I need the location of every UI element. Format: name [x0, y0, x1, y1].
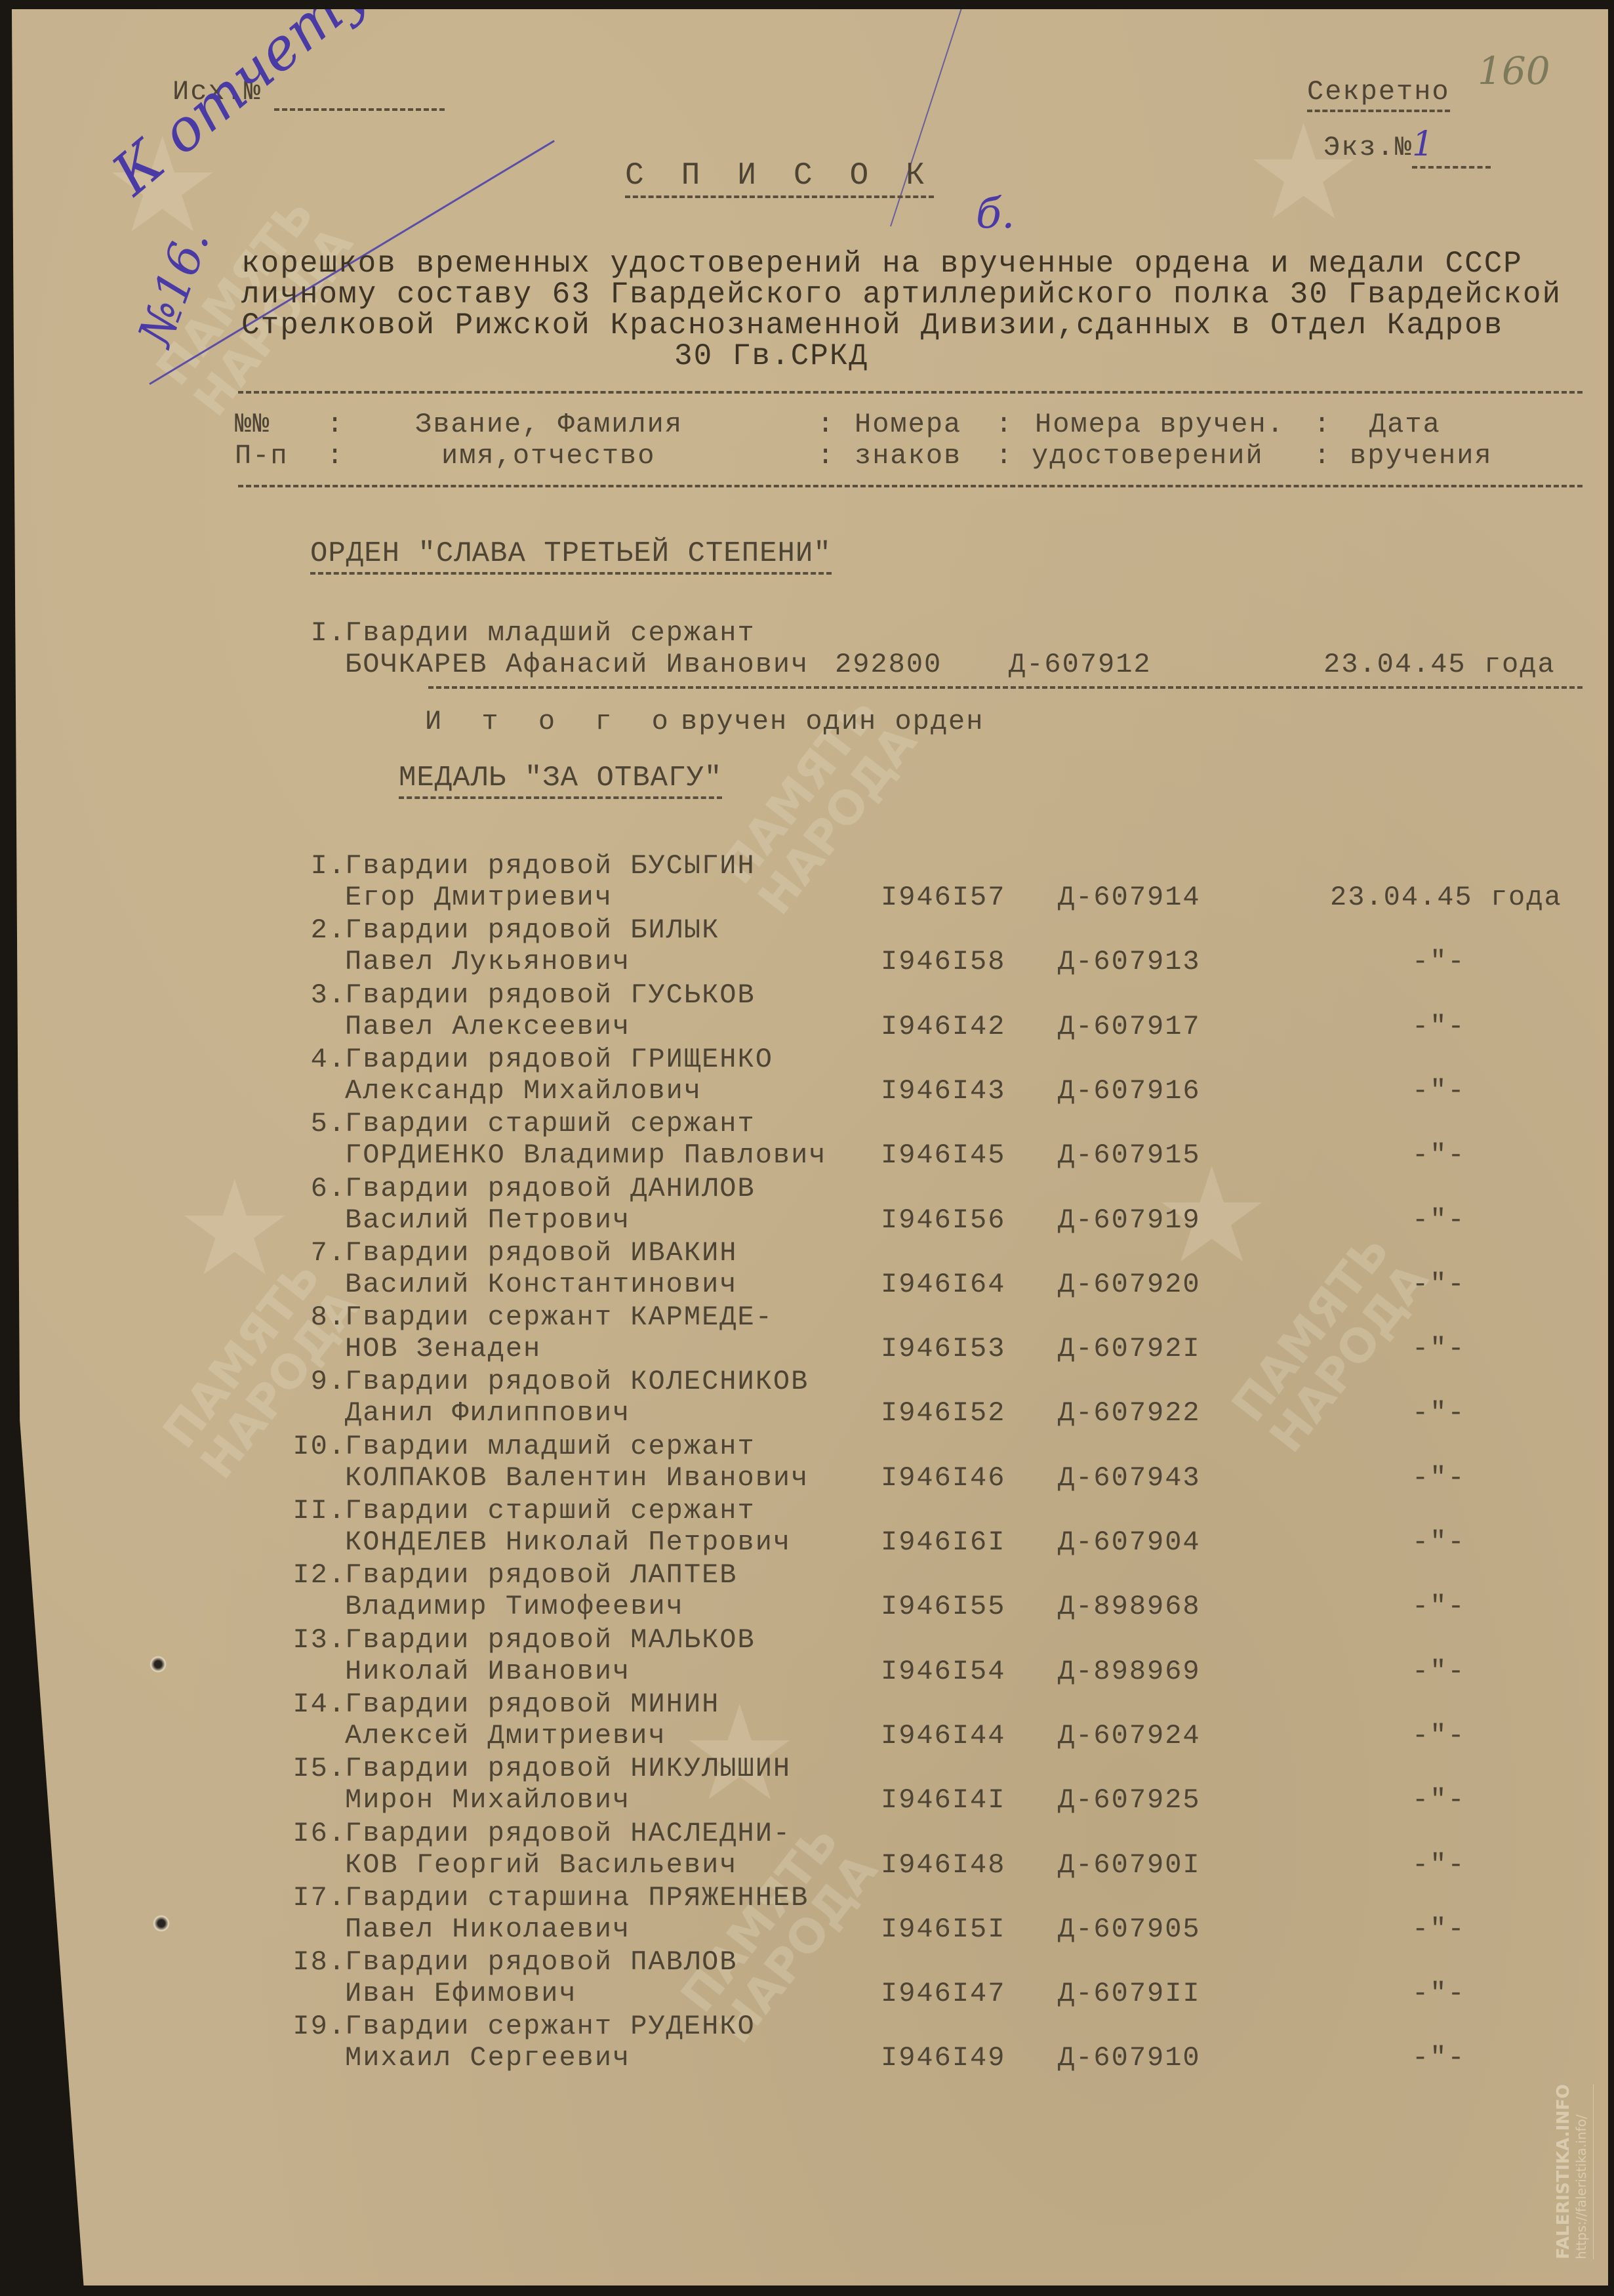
entry-name: КОНДЕЛЕВ Николай Петрович [345, 1528, 791, 1556]
header-col-rank-name: Звание, Фамилия [415, 411, 683, 438]
list-item: I6.Гвардии рядовой НАСЛЕДНИ-КОВ Георгий … [12, 1820, 1614, 1884]
entry-name: Владимир Тимофеевич [345, 1593, 684, 1620]
header-col-number: №№ [235, 411, 270, 438]
entry-cert-number: Д-607913 [1058, 948, 1201, 975]
entry-name: Иван Ефимович [345, 1980, 577, 2007]
subtitle-line: 30 Гв.СРКД [674, 341, 868, 371]
entry-name: Мирон Михайлович [345, 1786, 630, 1814]
divider [238, 485, 1583, 487]
entry-rank: Гвардии рядовой КОЛЕСНИКОВ [345, 1368, 809, 1395]
entry-sign-number: I946I48 [881, 1851, 1005, 1879]
entry-cert-number: Д-607910 [1058, 2044, 1201, 2072]
entry-number: I0. [274, 1433, 346, 1460]
entry-name: Василий Петрович [345, 1206, 630, 1234]
entry-date: -"- [1412, 1399, 1466, 1427]
list-item: I5.Гвардии рядовой НИКУЛЫШИНМирон Михайл… [12, 1755, 1614, 1819]
entry-rank: Гвардии рядовой ГРИЩЕНКО [345, 1046, 773, 1073]
header-col-cert-number: удостоверений [1032, 442, 1264, 470]
subtitle-line: корешков временных удостоверений на вруч… [241, 249, 1523, 279]
list-item: 3.Гвардии рядовой ГУСЬКОВПавел Алексееви… [12, 981, 1614, 1046]
entry-date: -"- [1412, 1528, 1466, 1556]
entry-date: 23.04.45 года [1323, 651, 1556, 678]
entry-name: Николай Иванович [345, 1658, 630, 1685]
entry-sign-number: I946I55 [881, 1593, 1005, 1620]
entry-cert-number: Д-607917 [1058, 1013, 1201, 1040]
entry-cert-number: Д-607914 [1058, 884, 1201, 911]
entry-rank: Гвардии младший сержант [345, 1433, 756, 1460]
list-item: I4.Гвардии рядовой МИНИНАлексей Дмитриев… [12, 1691, 1614, 1755]
entry-date: -"- [1412, 1013, 1466, 1040]
entry-rank: Гвардии старший сержант [345, 1497, 756, 1525]
entry-date: -"- [1412, 1851, 1466, 1879]
list-item: 9.Гвардии рядовой КОЛЕСНИКОВДанил Филипп… [12, 1368, 1614, 1432]
section-title-order-glory: ОРДЕН "СЛАВА ТРЕТЬЕЙ СТЕПЕНИ" [310, 539, 832, 575]
entry-cert-number: Д-6079II [1058, 1980, 1201, 2007]
entry-number: I2. [274, 1561, 346, 1589]
entry-rank: Гвардии рядовой НИКУЛЫШИН [345, 1755, 791, 1782]
entry-name: Данил Филиппович [345, 1399, 630, 1427]
entry-date: -"- [1412, 1722, 1466, 1750]
entry-number: 2. [274, 916, 346, 944]
entry-date: -"- [1412, 1141, 1466, 1169]
list-item: I0.Гвардии младший сержантКОЛПАКОВ Вален… [12, 1433, 1614, 1497]
entry-rank: Гвардии младший сержант [345, 619, 756, 647]
entry-name: Василий Константинович [345, 1271, 738, 1298]
entry-number: I. [274, 852, 346, 880]
entry-cert-number: Д-898969 [1058, 1658, 1201, 1685]
list-item: I8.Гвардии рядовой ПАВЛОВИван ЕфимовичI9… [12, 1948, 1614, 2013]
entry-date: -"- [1412, 1916, 1466, 1943]
list-item: 5.Гвардии старший сержантГОРДИЕНКО Влади… [12, 1110, 1614, 1174]
list-item: I.Гвардии рядовой БУСЫГИНЕгор Дмитриевич… [12, 852, 1614, 916]
entry-date: -"- [1412, 1786, 1466, 1814]
entry-sign-number: 292800 [835, 651, 942, 678]
entry-rank: Гвардии сержант РУДЕНКО [345, 2013, 756, 2040]
document-page: ★ ПАМЯТЬ НАРОДА ★ ПАМЯТЬ НАРОДА ★ ПАМЯТЬ… [12, 9, 1608, 2286]
header-col-number: П-п [235, 442, 289, 470]
list-item: I2.Гвардии рядовой ЛАПТЕВВладимир Тимофе… [12, 1561, 1614, 1626]
entry-number: I9. [274, 2013, 346, 2040]
list-item: I3.Гвардии рядовой МАЛЬКОВНиколай Иванов… [12, 1626, 1614, 1691]
entry-date: -"- [1412, 1593, 1466, 1620]
entry-cert-number: Д-898968 [1058, 1593, 1201, 1620]
entry-rank: Гвардии старший сержант [345, 1110, 756, 1138]
entry-rank: Гвардии рядовой ПАВЛОВ [345, 1948, 738, 1976]
entry-date: -"- [1412, 1335, 1466, 1363]
entry-sign-number: I946I44 [881, 1722, 1005, 1750]
entry-name: Егор Дмитриевич [345, 884, 613, 911]
entry-rank: Гвардии старшина ПРЯЖЕННЕВ [345, 1884, 809, 1912]
entry-number: 6. [274, 1175, 346, 1202]
entry-date: -"- [1412, 1271, 1466, 1298]
entry-date: -"- [1412, 1077, 1466, 1105]
entry-cert-number: Д-607919 [1058, 1206, 1201, 1234]
entry-rank: Гвардии рядовой ЛАПТЕВ [345, 1561, 738, 1589]
entry-sign-number: I946I42 [881, 1013, 1005, 1040]
entry-number: I4. [274, 1691, 346, 1718]
handwritten-letter-mark: б. [976, 190, 1015, 238]
entry-sign-number: I946I57 [881, 884, 1005, 911]
entry-sign-number: I946I52 [881, 1399, 1005, 1427]
entry-cert-number: Д-607904 [1058, 1528, 1201, 1556]
entry-name: НОВ Зенаден [345, 1335, 541, 1363]
list-item: 4.Гвардии рядовой ГРИЩЕНКОАлександр Миха… [12, 1046, 1614, 1110]
entry-cert-number: Д-607922 [1058, 1399, 1201, 1427]
entry-rank: Гвардии рядовой ДАНИЛОВ [345, 1175, 756, 1202]
entry-rank: Гвардии рядовой НАСЛЕДНИ- [345, 1820, 791, 1847]
entry-cert-number: Д-60790I [1058, 1851, 1201, 1879]
entry-name: Алексей Дмитриевич [345, 1722, 666, 1750]
list-item: 7.Гвардии рядовой ИВАКИНВасилий Констант… [12, 1239, 1614, 1303]
list-item: 6.Гвардии рядовой ДАНИЛОВВасилий Петрови… [12, 1175, 1614, 1239]
entry-name: ГОРДИЕНКО Владимир Павлович [345, 1141, 827, 1169]
entry-number: I8. [274, 1948, 346, 1976]
entry-number: I5. [274, 1755, 346, 1782]
entry-sign-number: I946I43 [881, 1077, 1005, 1105]
list-item: I. Гвардии младший сержант БОЧКАРЕВ Афан… [12, 619, 1614, 684]
entry-date: -"- [1412, 1464, 1466, 1492]
entry-number: II. [274, 1497, 346, 1525]
section-title-medal-courage: МЕДАЛЬ "ЗА ОТВАГУ" [399, 764, 722, 799]
entry-cert-number: Д-607912 [1009, 651, 1152, 678]
header-col-date: Дата [1369, 411, 1441, 438]
entry-number: I7. [274, 1884, 346, 1912]
entry-sign-number: I946I49 [881, 2044, 1005, 2072]
copy-number-field: 1 [1412, 127, 1491, 169]
entry-rank: Гвардии рядовой ГУСЬКОВ [345, 981, 756, 1009]
sheet-number: 160 [1478, 49, 1550, 93]
entry-sign-number: I946I47 [881, 1980, 1005, 2007]
entry-rank: Гвардии рядовой БУСЫГИН [345, 852, 756, 880]
list-item: II.Гвардии старший сержантКОНДЕЛЕВ Никол… [12, 1497, 1614, 1561]
copy-number-label: Экз.№ [1323, 134, 1413, 161]
entry-date: -"- [1412, 1658, 1466, 1685]
entry-name: Михаил Сергеевич [345, 2044, 630, 2072]
divider [428, 686, 1583, 689]
entry-number: 3. [274, 981, 346, 1009]
entry-sign-number: I946I5I [881, 1916, 1005, 1943]
list-item: 2.Гвардии рядовой БИЛЫКПавел ЛукьяновичI… [12, 916, 1614, 981]
entry-sign-number: I946I46 [881, 1464, 1005, 1492]
entry-cert-number: Д-607925 [1058, 1786, 1201, 1814]
entry-sign-number: I946I53 [881, 1335, 1005, 1363]
entry-date: -"- [1412, 948, 1466, 975]
entry-rank: Гвардии рядовой БИЛЫК [345, 916, 719, 944]
entry-name: Павел Алексеевич [345, 1013, 630, 1040]
entry-rank: Гвардии рядовой МАЛЬКОВ [345, 1626, 756, 1654]
entry-sign-number: I946I58 [881, 948, 1005, 975]
subtitle-line: личному составу 63 Гвардейского артиллер… [241, 279, 1562, 310]
entry-name: Павел Николаевич [345, 1916, 630, 1943]
list-item: 8.Гвардии сержант КАРМЕДЕ-НОВ ЗенаденI94… [12, 1303, 1614, 1368]
entry-number: 4. [274, 1046, 346, 1073]
entry-sign-number: I946I6I [881, 1528, 1005, 1556]
entry-sign-number: I946I56 [881, 1206, 1005, 1234]
entry-number: I6. [274, 1820, 346, 1847]
entry-cert-number: Д-607924 [1058, 1722, 1201, 1750]
entry-name: Павел Лукьянович [345, 948, 630, 975]
entry-number: I3. [274, 1626, 346, 1654]
entry-sign-number: I946I45 [881, 1141, 1005, 1169]
entry-cert-number: Д-607915 [1058, 1141, 1201, 1169]
entry-date: 23.04.45 года [1330, 884, 1562, 911]
header-col-rank-name: имя,отчество [441, 442, 655, 470]
copy-number-value: 1 [1412, 125, 1435, 164]
entry-date: -"- [1412, 1980, 1466, 2007]
entry-sign-number: I946I54 [881, 1658, 1005, 1685]
header-col-sign-number: Номера [855, 411, 961, 438]
watermark-star-icon: ★ [1245, 108, 1362, 239]
entry-number: 8. [274, 1303, 346, 1331]
entry-sign-number: I946I4I [881, 1786, 1005, 1814]
entry-cert-number: Д-607905 [1058, 1916, 1201, 1943]
entry-number: 5. [274, 1110, 346, 1138]
entry-name: Александр Михайлович [345, 1077, 702, 1105]
entry-date: -"- [1412, 2044, 1466, 2072]
entry-number: I. [274, 619, 346, 647]
entry-number: 9. [274, 1368, 346, 1395]
header-col-date: вручения [1350, 442, 1493, 470]
list-item: I7.Гвардии старшина ПРЯЖЕННЕВПавел Никол… [12, 1884, 1614, 1948]
entry-name: КОВ Георгий Васильевич [345, 1851, 738, 1879]
entry-cert-number: Д-607916 [1058, 1077, 1201, 1105]
source-watermark: FALERISTIKA.INFO https://faleristika.inf… [1554, 2084, 1594, 2259]
subtitle-line: Стрелковой Рижской Краснознаменной Дивиз… [241, 310, 1503, 340]
entry-rank: Гвардии рядовой МИНИН [345, 1691, 719, 1718]
entry-date: -"- [1412, 1206, 1466, 1234]
list-item: I9.Гвардии сержант РУДЕНКОМихаил Сергеев… [12, 2013, 1614, 2077]
entry-sign-number: I946I64 [881, 1271, 1005, 1298]
total-label: И т о г о [425, 708, 680, 735]
entry-number: 7. [274, 1239, 346, 1267]
document-title: С П И С О К [625, 160, 934, 198]
source-site-name: FALERISTIKA.INFO [1554, 2084, 1573, 2259]
entry-rank: Гвардии сержант КАРМЕДЕ- [345, 1303, 773, 1331]
entry-cert-number: Д-607920 [1058, 1271, 1201, 1298]
divider [238, 391, 1583, 394]
source-site-url: https://faleristika.info/ [1573, 2114, 1589, 2259]
entry-rank: Гвардии рядовой ИВАКИН [345, 1239, 738, 1267]
classification-stamp: Секретно [1307, 78, 1450, 112]
entry-cert-number: Д-607943 [1058, 1464, 1201, 1492]
entry-name: БОЧКАРЕВ Афанасий Иванович [345, 651, 809, 678]
outgoing-number-field [274, 78, 445, 111]
header-col-sign-number: знаков [855, 442, 961, 470]
entry-cert-number: Д-60792I [1058, 1335, 1201, 1363]
header-col-cert-number: Номера вручен. [1035, 411, 1285, 438]
total-text: вручен один орден [681, 708, 984, 735]
entry-name: КОЛПАКОВ Валентин Иванович [345, 1464, 809, 1492]
